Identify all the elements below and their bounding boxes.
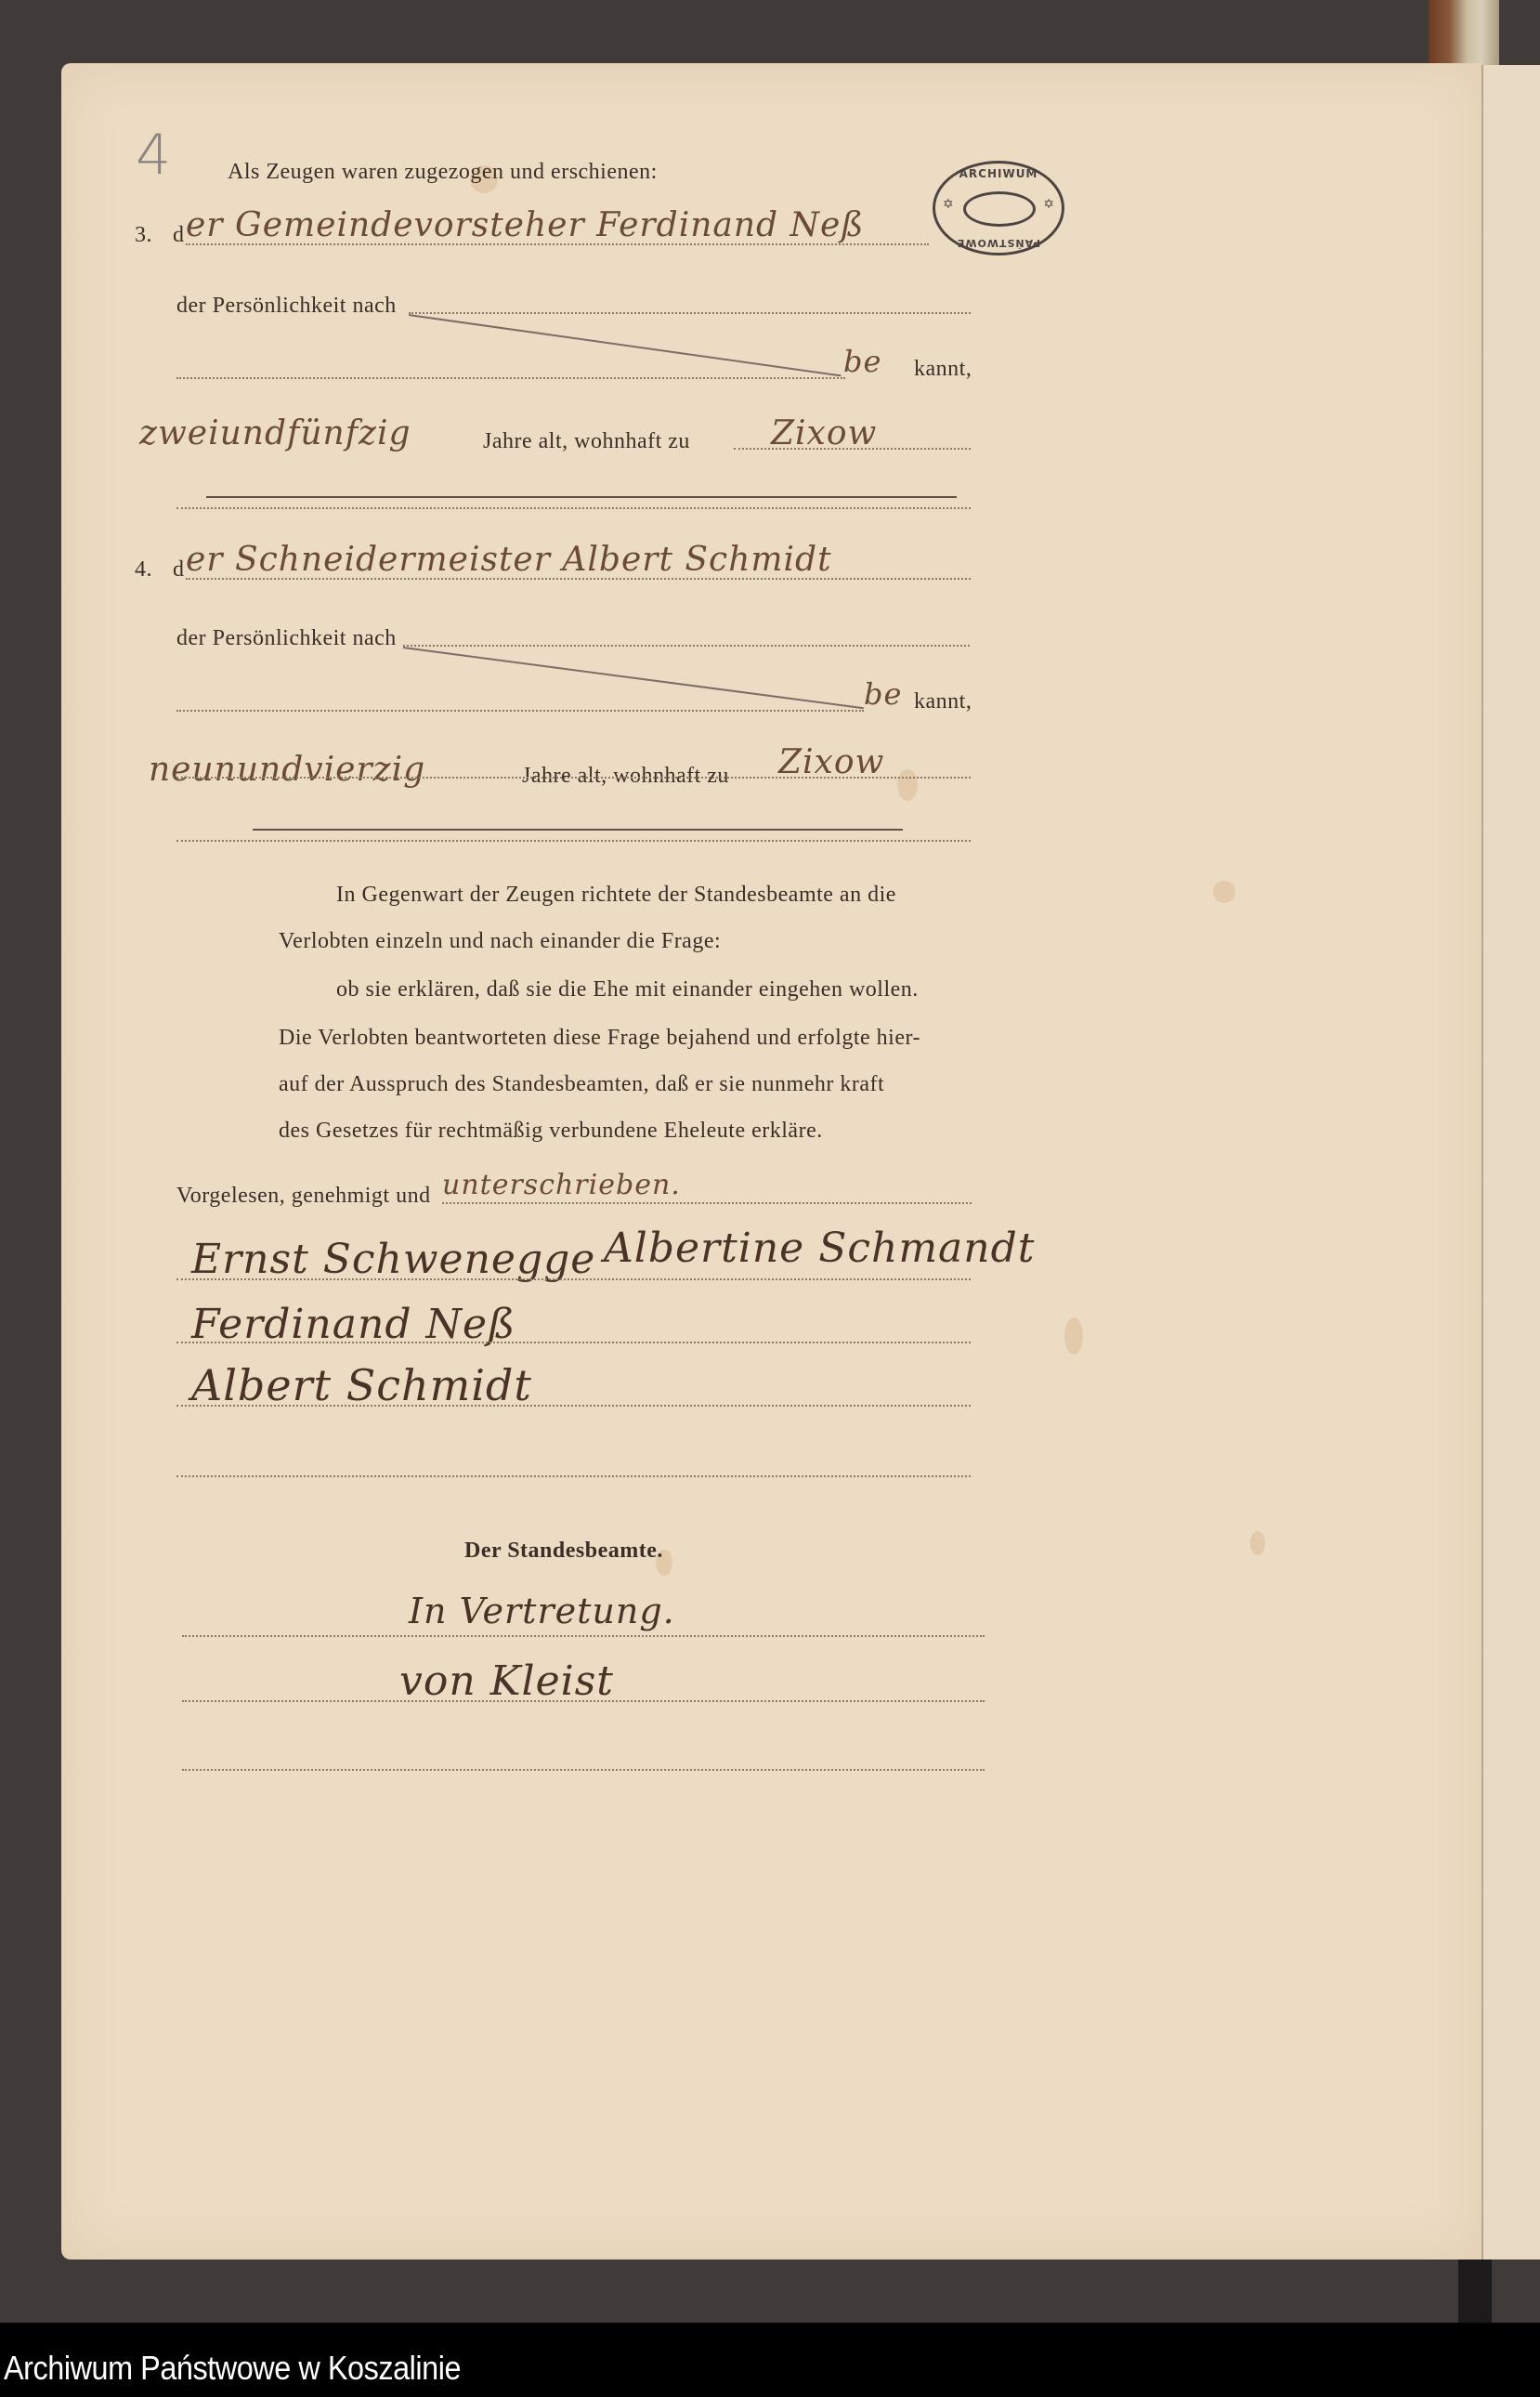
registrar-in-representation: In Vertretung. [409, 1591, 675, 1631]
witness-3-age-label: Jahre alt, wohnhaft zu [483, 429, 690, 454]
book-spine [1429, 0, 1499, 67]
stamp-inner-oval [963, 191, 1036, 227]
declaration-line-4: Die Verlobten beantworteten diese Frage … [279, 1026, 920, 1051]
dotted-line [176, 1475, 971, 1477]
dotted-line [403, 645, 970, 647]
star-icon: ✡ [943, 197, 954, 212]
dotted-line [176, 1405, 971, 1407]
dotted-line [409, 312, 971, 314]
foxing-stain [1250, 1531, 1265, 1555]
foxing-stain [1064, 1317, 1083, 1355]
binding-gutter [1481, 65, 1483, 2259]
pencil-page-number: 4 [136, 123, 171, 188]
dotted-line [734, 448, 971, 450]
dotted-line [182, 1769, 985, 1771]
declaration-line-2: Verlobten einzeln und nach einander die … [279, 929, 721, 954]
dotted-line [176, 777, 971, 779]
signature-albert: Albert Schmidt [191, 1360, 532, 1410]
witness-3-residence: Zixow [771, 414, 877, 452]
declaration-line-6: des Gesetzes für rechtmäßig verbundene E… [279, 1119, 823, 1144]
witness-4-known-label: kannt, [914, 689, 972, 714]
dotted-line [176, 1342, 971, 1343]
section-divider [253, 829, 903, 831]
section-divider [206, 496, 957, 498]
foxing-stain [1213, 881, 1235, 903]
gutter-shadow [1458, 2259, 1492, 2323]
witness-4-age: neunundvierzig [149, 751, 425, 789]
witness-3-number: 3. [135, 223, 152, 248]
witness-4-identity-label: der Persönlichkeit nach [176, 626, 397, 651]
dotted-line [176, 840, 971, 842]
declaration-line-5: auf der Ausspruch des Standesbeamten, da… [279, 1072, 884, 1097]
archive-stamp: ARCHIWUM ✡ ✡ PAŃSTWOWE [933, 161, 1064, 255]
witness-3-known-label: kannt, [914, 357, 972, 382]
dotted-line [186, 578, 971, 580]
dotted-line [176, 1278, 971, 1280]
witness-3-age: zweiundfünfzig [139, 414, 411, 452]
witnesses-intro: Als Zeugen waren zugezogen und erschiene… [228, 160, 658, 185]
read-approved-label: Vorgelesen, genehmigt und [176, 1184, 431, 1209]
dotted-line [176, 377, 845, 379]
stamp-bottom-text: PAŃSTWOWE [935, 237, 1062, 249]
declaration-line-1: In Gegenwart der Zeugen richtete der Sta… [336, 883, 896, 908]
dotted-line [182, 1635, 985, 1637]
star-icon: ✡ [1043, 197, 1054, 212]
witness-4-prefix: d [173, 557, 185, 583]
dotted-line [176, 710, 864, 712]
dotted-line [176, 507, 971, 509]
witness-3-known-prefix: be [843, 344, 881, 379]
document-page [61, 63, 1481, 2259]
declaration-line-3: ob sie erklären, daß sie die Ehe mit ein… [336, 977, 919, 1002]
witness-4-residence: Zixow [778, 743, 884, 781]
footer-bar: Archiwum Państwowe w Koszalinie [0, 2323, 1540, 2397]
witness-3-identity-label: der Persönlichkeit nach [176, 294, 397, 319]
read-approved-handwritten: unterschrieben. [442, 1169, 681, 1201]
witness-4-known-prefix: be [864, 676, 902, 712]
dotted-line [442, 1202, 972, 1204]
signature-ernst: Ernst Schwenegge [191, 1236, 595, 1283]
witness-3-prefix: d [173, 223, 185, 248]
registrar-signature: von Kleist [399, 1657, 614, 1705]
archive-caption: Archiwum Państwowe w Koszalinie [4, 2349, 461, 2388]
witness-4-name: er Schneidermeister Albert Schmidt [186, 541, 832, 579]
dotted-line [186, 243, 929, 245]
foxing-stain [897, 769, 918, 801]
witness-3-name: er Gemeindevorsteher Ferdinand Neß [186, 206, 864, 244]
stamp-top-text: ARCHIWUM [935, 167, 1062, 180]
next-page-edge [1482, 65, 1540, 2259]
registrar-heading: Der Standesbeamte. [464, 1539, 663, 1564]
dotted-line [182, 1700, 985, 1702]
witness-4-number: 4. [135, 557, 152, 583]
signature-albertine: Albertine Schmandt [604, 1225, 1035, 1272]
